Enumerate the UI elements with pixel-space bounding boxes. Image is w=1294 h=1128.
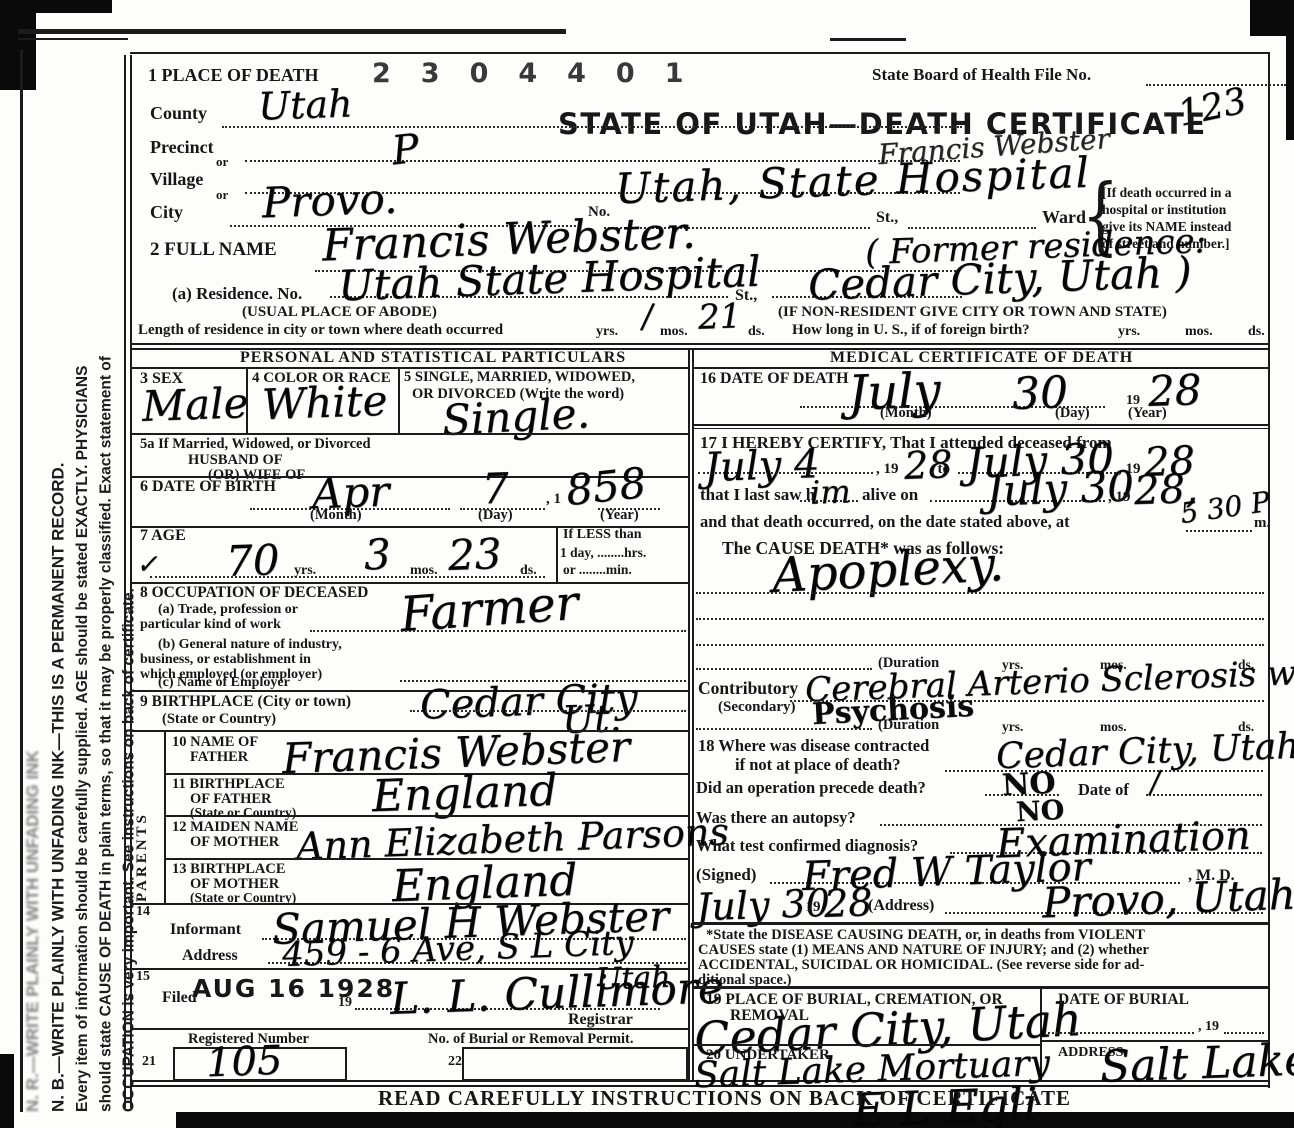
registered-number-value: 105: [205, 1041, 283, 1084]
signature-year-value: 28: [823, 883, 873, 923]
informant-label: Informant: [170, 922, 241, 938]
address-label: (Address): [868, 898, 934, 914]
dotted-line: [1224, 1032, 1264, 1034]
informant-address-label: Address: [182, 948, 238, 964]
abode-note: (USUAL PLACE OF ABODE): [242, 305, 437, 320]
residence-label: (a) Residence. No.: [172, 285, 302, 302]
place-of-death-label: 1 PLACE OF DEATH: [148, 66, 319, 84]
date-of-label: Date of: [1078, 782, 1129, 799]
attended-from-value: July 4: [703, 444, 820, 488]
physician-address-value: Provo, Utah: [1041, 874, 1294, 925]
day-caption: (Day): [478, 508, 513, 523]
field-5a-label: 5a If Married, Widowed, or Divorced: [140, 437, 371, 452]
secondary-label: (Secondary): [718, 700, 796, 715]
filed-date-stamp: AUG 16 1928: [192, 976, 395, 1001]
dotted-line: [310, 630, 686, 632]
dotted-line: [1048, 1032, 1194, 1034]
age-mos-label: mos.: [410, 564, 438, 578]
dotted-line: [1186, 530, 1252, 532]
age-yrs-label: yrs.: [294, 564, 316, 578]
medical-section-title: MEDICAL CERTIFICATE OF DEATH: [830, 350, 1133, 366]
parents-vertical-label: PARENTS: [134, 752, 151, 902]
age-ds-label: ds.: [520, 564, 537, 578]
personal-section-title: PERSONAL AND STATISTICAL PARTICULARS: [240, 350, 626, 366]
rule: [130, 1028, 688, 1030]
certificate-serial-stamp: 2304401: [372, 60, 714, 87]
sex-value: Male: [141, 382, 249, 428]
disease-contracted-label-1: 18 Where was disease contracted: [698, 738, 929, 755]
age-days-value: 23: [447, 533, 502, 577]
scan-rule-top2: [18, 38, 128, 40]
city-value: Provo.: [261, 178, 398, 225]
form-border-top: [130, 52, 1270, 54]
dob-year-printed: , 1: [546, 492, 561, 507]
signed-label: (Signed): [696, 866, 756, 883]
father-name-label-2: FATHER: [190, 750, 248, 765]
left-margin-instructions: N. R.—WRITE PLAINLY WITH UNFADING INK N.…: [20, 64, 141, 1112]
form-border-right: [1268, 52, 1270, 1088]
read-carefully-notice: READ CAREFULLY INSTRUCTIONS ON BACK OF C…: [378, 1088, 1071, 1109]
signature-19-printed: , 19: [798, 900, 821, 915]
full-name-label: 2 FULL NAME: [150, 240, 277, 259]
husband-of-label: HUSBAND OF: [188, 453, 283, 468]
dotted-line: [1146, 794, 1262, 796]
dotted-line: [696, 728, 872, 730]
nonresident-note: (IF NON-RESIDENT GIVE CITY OR TOWN AND S…: [778, 305, 1167, 320]
village-label: Village: [150, 170, 203, 188]
margin-ghost-line: N. R.—WRITE PLAINLY WITH UNFADING INK: [20, 64, 46, 1112]
margin-line-3: should state CAUSE OF DEATH in plain ter…: [94, 64, 117, 1112]
rule: [692, 428, 1270, 429]
from-19-printed: , 19: [876, 462, 899, 477]
registrar-label: Registrar: [568, 1012, 633, 1028]
duration-yrs-2: yrs.: [1002, 720, 1023, 734]
last-saw-label-1: that I last saw h: [700, 486, 815, 503]
county-value: Utah: [257, 84, 353, 125]
to-printed: , to: [930, 462, 950, 477]
date-of-death-label: 16 DATE OF DEATH: [700, 371, 849, 387]
last-saw-19-printed: , 19: [1108, 490, 1131, 505]
ward-note-line2: hospital or institution: [1102, 203, 1226, 217]
cell-divider: [556, 526, 558, 582]
age-years-value: 70: [225, 539, 280, 583]
birthplace-label: 9 BIRTHPLACE (City or town): [140, 694, 351, 710]
margin-line-1: N. B.—WRITE PLAINLY WITH UNFADING INK—TH…: [46, 64, 72, 1112]
ds-label-1: ds.: [748, 325, 765, 339]
date-of-burial-label: DATE OF BURIAL: [1058, 992, 1189, 1008]
dob-day-value: 7: [481, 468, 509, 511]
footnote-line1: *State the DISEASE CAUSING DEATH, or, in…: [706, 928, 1145, 943]
father-birthplace-label-3: (State or Country): [190, 806, 296, 820]
length-of-residence-label: Length of residence in city or town wher…: [138, 323, 503, 338]
ds-label-2: ds.: [1248, 325, 1265, 339]
undertaker-address-value: Salt Lake: [1099, 1038, 1294, 1089]
year-caption-med: (Year): [1128, 406, 1167, 421]
age-months-value: 3: [363, 534, 391, 577]
year-caption: (Year): [600, 508, 639, 523]
occupation-b-line1: (b) General nature of industry,: [158, 638, 342, 652]
rule: [130, 433, 688, 435]
field-22-number: 22: [448, 1055, 462, 1069]
dotted-line: [696, 618, 1264, 620]
file-no-label: State Board of Health File No.: [872, 66, 1091, 83]
father-birthplace-label-1: 11 BIRTHPLACE: [172, 777, 285, 792]
scan-rule-top3: [830, 38, 906, 41]
ward-note-line1: [If death occurred in a: [1102, 186, 1232, 200]
scan-mark-right-edge: [1286, 30, 1294, 140]
father-birthplace-value: England: [371, 769, 558, 819]
field-15-number: 15: [136, 970, 150, 984]
marital-label-line1: 5 SINGLE, MARRIED, WIDOWED,: [404, 370, 635, 385]
or-label-1: or: [216, 155, 228, 168]
rule: [692, 922, 1270, 925]
dotted-line: [696, 644, 1264, 646]
dotted-line: [696, 592, 1264, 594]
operation-label: Did an operation precede death?: [696, 780, 926, 797]
scan-mark-bottom-left: [0, 1054, 14, 1128]
cell-divider: [398, 367, 400, 433]
duration-label-2: (Duration: [878, 718, 939, 733]
informant-address-value: 459 - 6 Ave, S L City: [282, 926, 635, 972]
father-name-label-1: 10 NAME OF: [172, 735, 258, 750]
burial-permit-label: No. of Burial or Removal Permit.: [428, 1032, 634, 1047]
birthplace-state-label: (State or Country): [162, 712, 276, 727]
filed-19-printed: 19: [338, 996, 352, 1010]
registrar-signature: L. L. Cullimore: [389, 966, 724, 1022]
footnote-line2: CAUSES state (1) MEANS AND NATURE OF INJ…: [698, 943, 1149, 958]
age-label: 7 AGE: [140, 528, 186, 544]
margin-line-2: Every item of information should be care…: [71, 64, 94, 1112]
occupation-a-line1: (a) Trade, profession or: [158, 603, 298, 617]
occupation-c-label: (c) Name of Employer: [158, 676, 290, 690]
length-months-value: 21: [697, 299, 741, 334]
occupation-b-line2: business, or establishment in: [140, 653, 311, 667]
autopsy-label: Was there an autopsy?: [696, 810, 856, 827]
rule: [692, 424, 1270, 426]
date-of-slash: /: [1149, 768, 1160, 798]
rule: [692, 986, 1270, 989]
death-certificate: N. R.—WRITE PLAINLY WITH UNFADING INK N.…: [0, 0, 1294, 1128]
form-border-left-outer: [124, 55, 126, 1108]
occupation-a-line2: particular kind of work: [140, 618, 281, 632]
how-long-us-label: How long in U. S., if of foreign birth?: [792, 323, 1030, 338]
county-label: County: [150, 104, 207, 122]
occupation-label: 8 OCCUPATION OF DECEASED: [140, 585, 368, 601]
if-less-line1: If LESS than: [563, 528, 642, 542]
scan-rule-top: [18, 29, 566, 34]
or-label-2: or: [216, 188, 228, 201]
last-saw-label-2: alive on: [862, 486, 918, 503]
scan-mark-bottom-bar: [176, 1112, 1294, 1128]
ward-label: Ward: [1042, 208, 1086, 226]
dotted-line: [410, 710, 686, 712]
burial-19-printed: , 19: [1198, 1020, 1219, 1034]
mos-label-1: mos.: [660, 325, 688, 339]
field-21-number: 21: [142, 1055, 156, 1069]
yrs-label-1: yrs.: [596, 325, 618, 339]
month-caption-med: (Month): [880, 406, 932, 421]
precinct-label: Precinct: [150, 138, 214, 156]
mother-birthplace-label-1: 13 BIRTHPLACE: [172, 862, 286, 877]
field-14-number: 14: [136, 905, 150, 919]
former-city-value: Cedar City, Utah ): [807, 251, 1192, 306]
day-caption-med: (Day): [1055, 406, 1090, 421]
length-slash: /: [641, 300, 653, 332]
dob-year-value: 858: [564, 462, 648, 512]
footnote-line3: ACCIDENTAL, SUICIDAL OR HOMICIDAL. (See …: [698, 958, 1144, 973]
mother-maiden-label-1: 12 MAIDEN NAME: [172, 820, 298, 835]
burial-permit-box: [462, 1047, 688, 1081]
precinct-scribble: P: [390, 129, 421, 172]
mother-maiden-label-2: OF MOTHER: [190, 835, 279, 850]
race-value: White: [261, 380, 388, 426]
dob-label: 6 DATE OF BIRTH: [140, 479, 276, 495]
scan-mark-top-strip: [0, 0, 112, 13]
dotted-line: [222, 126, 962, 128]
header-rule-1: [130, 343, 1270, 345]
month-caption: (Month): [310, 508, 362, 523]
city-label: City: [150, 203, 183, 221]
yrs-label-2: yrs.: [1118, 325, 1140, 339]
st-label-1: St.,: [876, 210, 898, 226]
m-label: m.: [1254, 516, 1270, 531]
death-occurred-label: and that death occurred, on the date sta…: [700, 514, 1070, 531]
if-less-line2: 1 day, ........hrs.: [560, 546, 646, 560]
disease-contracted-label-2: if not at place of death?: [735, 757, 900, 774]
contributory-label: Contributory: [698, 680, 798, 698]
mos-label-2: mos.: [1185, 325, 1213, 339]
age-checkmark: ✓: [136, 552, 159, 579]
cell-divider: [246, 367, 248, 433]
him-value: im: [809, 475, 851, 508]
